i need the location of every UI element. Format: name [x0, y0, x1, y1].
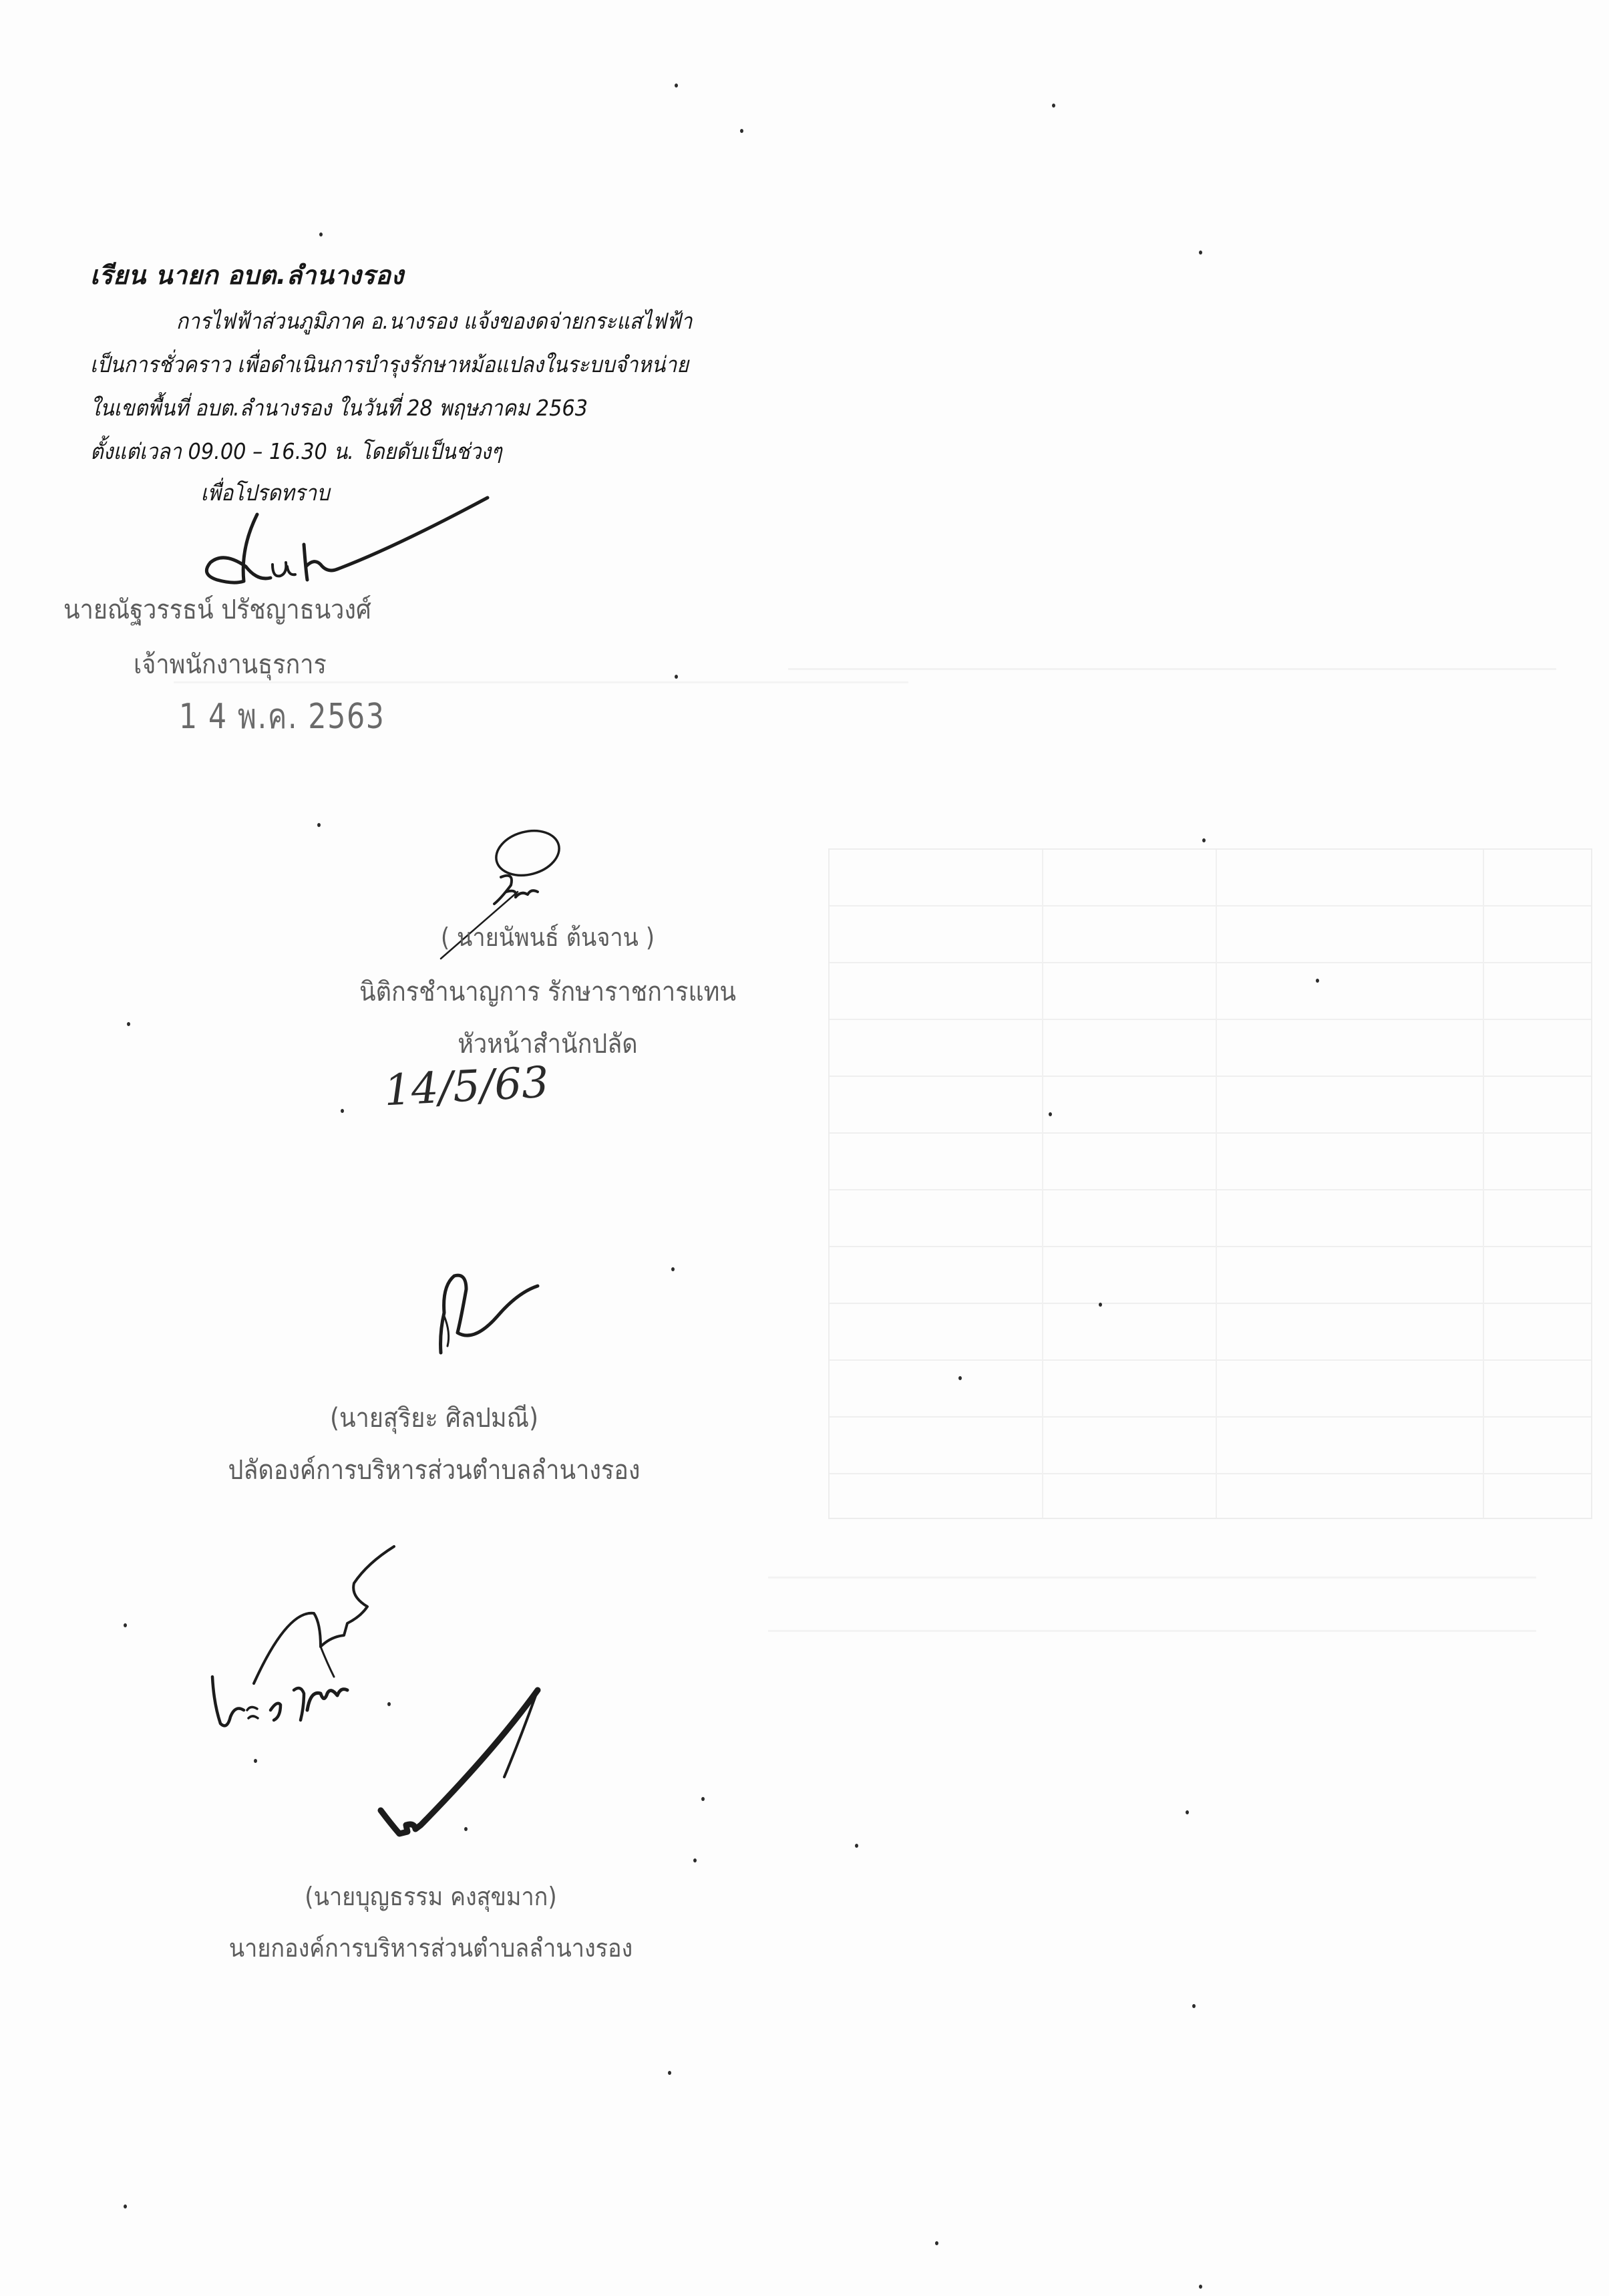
- scan-speck: [124, 2204, 127, 2208]
- scan-speck: [319, 232, 323, 236]
- mayor-name: (นายบุญธรรม คงสุขมาก): [160, 1876, 701, 1917]
- scan-speck: [1192, 2004, 1196, 2008]
- received-date-stamp: 1 4 พ.ค. 2563: [179, 688, 385, 744]
- bleed-through-table: [828, 848, 1592, 1519]
- scan-speck: [1202, 838, 1206, 842]
- scan-speck: [464, 1827, 468, 1831]
- scan-speck: [855, 1844, 858, 1848]
- scan-speck: [693, 1858, 697, 1862]
- scan-speck: [1316, 979, 1319, 983]
- scan-speck: [387, 1702, 391, 1706]
- head-of-office-subtitle: หัวหน้าสำนักปลัด: [307, 1022, 788, 1065]
- scan-speck: [675, 84, 678, 88]
- scan-speck: [1199, 251, 1202, 255]
- memo-line: ตั้งแต่เวลา 09.00 – 16.30 น. โดยดับเป็นช…: [90, 430, 778, 473]
- memo-salutation: เรียน นายก อบต.ลำนางรอง: [90, 255, 838, 295]
- scan-speck: [124, 1623, 127, 1627]
- scan-speck: [701, 1797, 705, 1801]
- scan-speck: [740, 129, 743, 133]
- permanent-secretary-name: (นายสุริยะ ศิลปมณี): [164, 1396, 705, 1439]
- head-of-office-title: นิติกรชำนาญการ รักษาราชการแทน: [307, 970, 788, 1013]
- scan-speck: [668, 2071, 671, 2075]
- bleed-through-text: [768, 1577, 1536, 1605]
- scan-speck: [127, 1022, 130, 1026]
- scan-speck: [675, 675, 678, 679]
- memo-note: เรียน นายก อบต.ลำนางรอง การไฟฟ้าส่วนภูมิ…: [90, 255, 838, 513]
- memo-line: ในเขตพื้นที่ อบต.ลำนางรอง ในวันที่ 28 พฤ…: [90, 386, 778, 430]
- scan-speck: [1199, 2285, 1202, 2289]
- permanent-secretary-signature: [427, 1259, 574, 1359]
- scan-speck: [1052, 104, 1055, 108]
- mayor-signature: [361, 1650, 641, 1850]
- scan-speck: [341, 1109, 344, 1113]
- bleed-through-text: [768, 1630, 1536, 1659]
- scan-speck: [254, 1759, 257, 1763]
- scan-speck: [958, 1376, 962, 1380]
- memo-line: การไฟฟ้าส่วนภูมิภาค อ.นางรอง แจ้งของดจ่า…: [90, 299, 778, 343]
- scan-speck: [935, 2241, 938, 2245]
- permanent-secretary-title: ปลัดองค์การบริหารส่วนตำบลลำนางรอง: [164, 1448, 705, 1491]
- scan-speck: [1049, 1112, 1052, 1116]
- mayor-title: นายกองค์การบริหารส่วนตำบลลำนางรอง: [160, 1927, 701, 1968]
- memo-line: เป็นการชั่วคราว เพื่อดำเนินการบำรุงรักษา…: [90, 343, 778, 386]
- preparer-title: เจ้าพนักงานธุรการ: [134, 643, 327, 685]
- scan-speck: [671, 1267, 675, 1271]
- scan-speck: [1186, 1810, 1189, 1814]
- preparer-signature: [194, 488, 501, 595]
- head-of-office-name: ( นายนัพนธ์ ต้นจาน ): [307, 917, 788, 957]
- scanned-document-page: เรียน นายก อบต.ลำนางรอง การไฟฟ้าส่วนภูมิ…: [0, 0, 1609, 2296]
- handwritten-date: 14/5/63: [383, 1058, 550, 1116]
- scan-speck: [1099, 1303, 1102, 1307]
- scan-speck: [317, 823, 321, 827]
- preparer-name: นายณัฐวรรธน์ ปรัชญาธนวงศ์: [63, 588, 371, 631]
